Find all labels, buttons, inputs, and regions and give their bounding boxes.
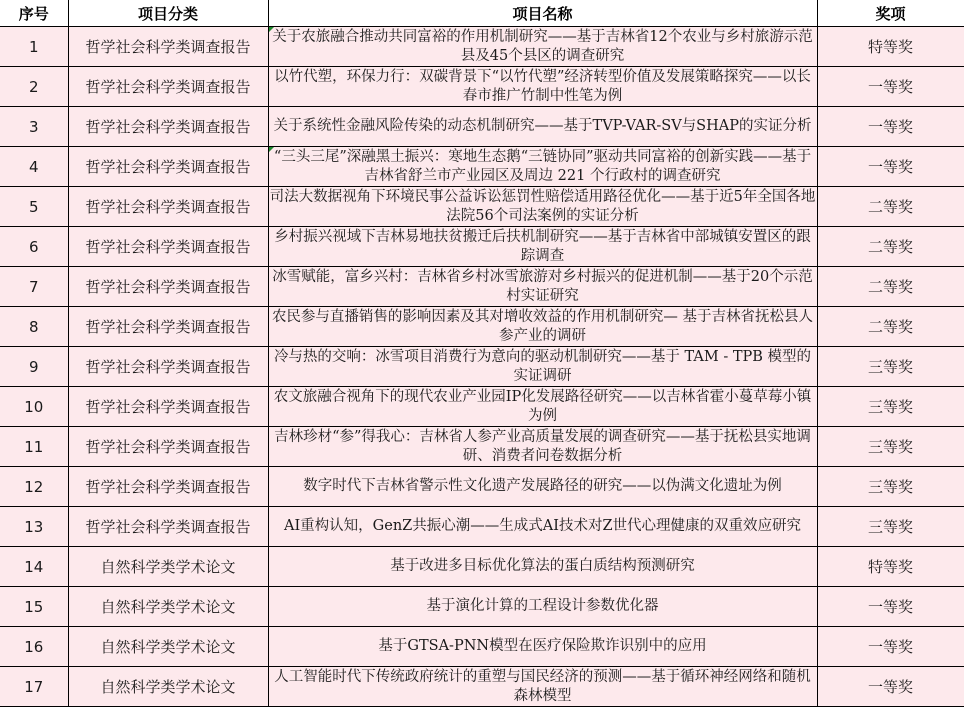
- cell-category-text: 哲学社会科学类调查报告: [85, 78, 250, 96]
- cell-index-text: 1: [29, 38, 39, 56]
- cell-award[interactable]: 特等奖: [817, 547, 964, 587]
- cell-index[interactable]: 8: [0, 307, 68, 347]
- cell-index[interactable]: 3: [0, 107, 68, 147]
- cell-award-text: 二等奖: [868, 198, 913, 216]
- cell-index[interactable]: 14: [0, 547, 68, 587]
- table-row: 1哲学社会科学类调查报告关于农旅融合推动共同富裕的作用机制研究——基于吉林省12…: [0, 27, 964, 67]
- cell-index-text: 6: [29, 238, 39, 256]
- cell-project-name[interactable]: 冷与热的交响：冰雪项目消费行为意向的驱动机制研究——基于 TAM - TPB 模…: [268, 347, 817, 387]
- cell-award-text: 一等奖: [868, 118, 913, 136]
- table-row: 15自然科学类学术论文基于演化计算的工程设计参数优化器一等奖: [0, 587, 964, 627]
- awards-table: 序号 项目分类 项目名称 奖项 1哲学社会科学类调查报告关于农旅融合推动共同富裕…: [0, 0, 964, 707]
- cell-category-text: 哲学社会科学类调查报告: [85, 118, 250, 136]
- cell-project-name-text: 基于改进多目标优化算法的蛋白质结构预测研究: [390, 558, 695, 574]
- table-row: 12哲学社会科学类调查报告数字时代下吉林省警示性文化遗产发展路径的研究——以伪满…: [0, 467, 964, 507]
- table-row: 2哲学社会科学类调查报告以竹代塑，环保力行：双碳背景下“以竹代塑”经济转型价值及…: [0, 67, 964, 107]
- cell-project-name-text: 基于演化计算的工程设计参数优化器: [427, 598, 659, 614]
- table-body: 1哲学社会科学类调查报告关于农旅融合推动共同富裕的作用机制研究——基于吉林省12…: [0, 27, 964, 707]
- table-row: 11哲学社会科学类调查报告吉林珍材“参”得我心：吉林省人参产业高质量发展的调查研…: [0, 427, 964, 467]
- cell-project-name[interactable]: 基于改进多目标优化算法的蛋白质结构预测研究: [268, 547, 817, 587]
- cell-index[interactable]: 2: [0, 67, 68, 107]
- cell-index-text: 14: [24, 558, 43, 576]
- cell-index-text: 16: [24, 638, 43, 656]
- cell-project-name[interactable]: 基于演化计算的工程设计参数优化器: [268, 587, 817, 627]
- table-row: 16自然科学类学术论文基于GTSA-PNN模型在医疗保险欺诈识别中的应用一等奖: [0, 627, 964, 667]
- cell-index[interactable]: 13: [0, 507, 68, 547]
- cell-award[interactable]: 三等奖: [817, 427, 964, 467]
- cell-project-name[interactable]: 基于GTSA-PNN模型在医疗保险欺诈识别中的应用: [268, 627, 817, 667]
- cell-award-text: 三等奖: [868, 438, 913, 456]
- comment-indicator-icon[interactable]: [269, 147, 274, 152]
- cell-category-text: 哲学社会科学类调查报告: [85, 38, 250, 56]
- table-row: 6哲学社会科学类调查报告乡村振兴视域下吉林易地扶贫搬迁后扶机制研究——基于吉林省…: [0, 227, 964, 267]
- cell-award-text: 一等奖: [868, 598, 913, 616]
- header-row: 序号 项目分类 项目名称 奖项: [0, 0, 964, 27]
- cell-award[interactable]: 二等奖: [817, 307, 964, 347]
- cell-project-name[interactable]: 关于农旅融合推动共同富裕的作用机制研究——基于吉林省12个农业与乡村旅游示范县及…: [268, 27, 817, 67]
- cell-project-name-text: 冷与热的交响：冰雪项目消费行为意向的驱动机制研究——基于 TAM - TPB 模…: [274, 349, 811, 384]
- header-award[interactable]: 奖项: [817, 0, 964, 27]
- cell-award[interactable]: 二等奖: [817, 227, 964, 267]
- cell-project-name-text: 司法大数据视角下环境民事公益诉讼惩罚性赔偿适用路径优化——基于近5年全国各地法院…: [270, 189, 816, 224]
- cell-category[interactable]: 哲学社会科学类调查报告: [68, 147, 268, 187]
- cell-project-name-text: 农文旅融合视角下的现代农业产业园IP化发展路径研究——以吉林省霍小蔓草莓小镇为例: [274, 389, 811, 424]
- table-row: 17自然科学类学术论文人工智能时代下传统政府统计的重塑与国民经济的预测——基于循…: [0, 667, 964, 707]
- cell-index-text: 5: [29, 198, 39, 216]
- cell-category-text: 自然科学类学术论文: [100, 638, 235, 656]
- cell-project-name[interactable]: 农民参与直播销售的影响因素及其对增收效益的作用机制研究— 基于吉林省抚松县人参产…: [268, 307, 817, 347]
- cell-award[interactable]: 三等奖: [817, 387, 964, 427]
- cell-category-text: 哲学社会科学类调查报告: [85, 518, 250, 536]
- cell-index-text: 13: [24, 518, 43, 536]
- cell-category-text: 哲学社会科学类调查报告: [85, 318, 250, 336]
- cell-project-name[interactable]: AI重构认知，GenZ共振心潮——生成式AI技术对Z世代心理健康的双重效应研究: [268, 507, 817, 547]
- cell-project-name[interactable]: 冰雪赋能，富乡兴村：吉林省乡村冰雪旅游对乡村振兴的促进机制——基于20个示范村实…: [268, 267, 817, 307]
- cell-index-text: 10: [24, 398, 43, 416]
- cell-project-name-text: 乡村振兴视域下吉林易地扶贫搬迁后扶机制研究——基于吉林省中部城镇安置区的跟踪调查: [274, 229, 811, 264]
- cell-index-text: 8: [29, 318, 39, 336]
- cell-award[interactable]: 一等奖: [817, 107, 964, 147]
- cell-category[interactable]: 自然科学类学术论文: [68, 667, 268, 707]
- cell-project-name-text: 基于GTSA-PNN模型在医疗保险欺诈识别中的应用: [378, 638, 706, 654]
- cell-project-name[interactable]: 数字时代下吉林省警示性文化遗产发展路径的研究——以伪满文化遗址为例: [268, 467, 817, 507]
- cell-category[interactable]: 自然科学类学术论文: [68, 587, 268, 627]
- cell-project-name[interactable]: 吉林珍材“参”得我心：吉林省人参产业高质量发展的调查研究——基于抚松县实地调研、…: [268, 427, 817, 467]
- cell-award-text: 特等奖: [868, 38, 913, 56]
- cell-project-name-text: 冰雪赋能，富乡兴村：吉林省乡村冰雪旅游对乡村振兴的促进机制——基于20个示范村实…: [272, 269, 812, 304]
- cell-category-text: 哲学社会科学类调查报告: [85, 358, 250, 376]
- cell-project-name[interactable]: 农文旅融合视角下的现代农业产业园IP化发展路径研究——以吉林省霍小蔓草莓小镇为例: [268, 387, 817, 427]
- cell-project-name-text: 以竹代塑，环保力行：双碳背景下“以竹代塑”经济转型价值及发展策略探究——以长春市…: [274, 69, 811, 104]
- cell-project-name-text: 农民参与直播销售的影响因素及其对增收效益的作用机制研究— 基于吉林省抚松县人参产…: [272, 309, 813, 344]
- cell-index-text: 2: [29, 78, 39, 96]
- cell-category[interactable]: 哲学社会科学类调查报告: [68, 427, 268, 467]
- cell-award[interactable]: 一等奖: [817, 667, 964, 707]
- comment-indicator-icon[interactable]: [269, 27, 274, 32]
- cell-award-text: 特等奖: [868, 558, 913, 576]
- cell-index-text: 12: [24, 478, 43, 496]
- cell-award-text: 一等奖: [868, 78, 913, 96]
- cell-category[interactable]: 哲学社会科学类调查报告: [68, 107, 268, 147]
- cell-index[interactable]: 10: [0, 387, 68, 427]
- cell-project-name-text: “三头三尾”深融黑土振兴：寒地生态鹅“三链协同”驱动共同富裕的创新实践——基于吉…: [274, 149, 811, 184]
- cell-award[interactable]: 特等奖: [817, 27, 964, 67]
- cell-index-text: 11: [24, 438, 43, 456]
- cell-category-text: 哲学社会科学类调查报告: [85, 158, 250, 176]
- cell-category[interactable]: 哲学社会科学类调查报告: [68, 27, 268, 67]
- cell-project-name[interactable]: “三头三尾”深融黑土振兴：寒地生态鹅“三链协同”驱动共同富裕的创新实践——基于吉…: [268, 147, 817, 187]
- cell-index[interactable]: 11: [0, 427, 68, 467]
- cell-project-name-text: 关于系统性金融风险传染的动态机制研究——基于TVP-VAR-SV与SHAP的实证…: [274, 118, 812, 134]
- cell-index-text: 3: [29, 118, 39, 136]
- cell-award[interactable]: 二等奖: [817, 187, 964, 227]
- cell-category-text: 哲学社会科学类调查报告: [85, 198, 250, 216]
- cell-index[interactable]: 1: [0, 27, 68, 67]
- cell-index-text: 4: [29, 158, 39, 176]
- header-index[interactable]: 序号: [0, 0, 68, 27]
- cell-award-text: 三等奖: [868, 518, 913, 536]
- cell-category[interactable]: 自然科学类学术论文: [68, 547, 268, 587]
- cell-category-text: 哲学社会科学类调查报告: [85, 478, 250, 496]
- cell-award-text: 二等奖: [868, 238, 913, 256]
- cell-award[interactable]: 二等奖: [817, 267, 964, 307]
- cell-award-text: 三等奖: [868, 478, 913, 496]
- cell-index[interactable]: 9: [0, 347, 68, 387]
- cell-category[interactable]: 哲学社会科学类调查报告: [68, 387, 268, 427]
- cell-award[interactable]: 一等奖: [817, 627, 964, 667]
- cell-category[interactable]: 哲学社会科学类调查报告: [68, 347, 268, 387]
- cell-project-name[interactable]: 以竹代塑，环保力行：双碳背景下“以竹代塑”经济转型价值及发展策略探究——以长春市…: [268, 67, 817, 107]
- table-row: 14自然科学类学术论文基于改进多目标优化算法的蛋白质结构预测研究特等奖: [0, 547, 964, 587]
- table-row: 10哲学社会科学类调查报告农文旅融合视角下的现代农业产业园IP化发展路径研究——…: [0, 387, 964, 427]
- cell-category[interactable]: 哲学社会科学类调查报告: [68, 227, 268, 267]
- cell-award-text: 二等奖: [868, 278, 913, 296]
- cell-category[interactable]: 哲学社会科学类调查报告: [68, 67, 268, 107]
- cell-category-text: 哲学社会科学类调查报告: [85, 278, 250, 296]
- cell-award[interactable]: 一等奖: [817, 147, 964, 187]
- cell-category[interactable]: 哲学社会科学类调查报告: [68, 187, 268, 227]
- cell-category-text: 自然科学类学术论文: [100, 598, 235, 616]
- cell-category[interactable]: 哲学社会科学类调查报告: [68, 267, 268, 307]
- cell-index-text: 15: [24, 598, 43, 616]
- cell-award-text: 一等奖: [868, 678, 913, 696]
- table-row: 9哲学社会科学类调查报告冷与热的交响：冰雪项目消费行为意向的驱动机制研究——基于…: [0, 347, 964, 387]
- cell-project-name[interactable]: 乡村振兴视域下吉林易地扶贫搬迁后扶机制研究——基于吉林省中部城镇安置区的跟踪调查: [268, 227, 817, 267]
- cell-category-text: 哲学社会科学类调查报告: [85, 238, 250, 256]
- cell-project-name-text: 数字时代下吉林省警示性文化遗产发展路径的研究——以伪满文化遗址为例: [303, 478, 782, 494]
- table-row: 5哲学社会科学类调查报告司法大数据视角下环境民事公益诉讼惩罚性赔偿适用路径优化—…: [0, 187, 964, 227]
- cell-index[interactable]: 6: [0, 227, 68, 267]
- cell-category[interactable]: 自然科学类学术论文: [68, 627, 268, 667]
- cell-award[interactable]: 三等奖: [817, 347, 964, 387]
- cell-category[interactable]: 哲学社会科学类调查报告: [68, 307, 268, 347]
- cell-award-text: 一等奖: [868, 638, 913, 656]
- cell-award-text: 三等奖: [868, 358, 913, 376]
- cell-index[interactable]: 15: [0, 587, 68, 627]
- cell-project-name-text: AI重构认知，GenZ共振心潮——生成式AI技术对Z世代心理健康的双重效应研究: [284, 518, 801, 534]
- cell-project-name[interactable]: 人工智能时代下传统政府统计的重塑与国民经济的预测——基于循环神经网络和随机森林模…: [268, 667, 817, 707]
- cell-category-text: 哲学社会科学类调查报告: [85, 438, 250, 456]
- cell-index-text: 9: [29, 358, 39, 376]
- cell-index-text: 7: [29, 278, 39, 296]
- cell-index[interactable]: 17: [0, 667, 68, 707]
- cell-award[interactable]: 一等奖: [817, 67, 964, 107]
- cell-index[interactable]: 7: [0, 267, 68, 307]
- cell-index[interactable]: 4: [0, 147, 68, 187]
- cell-award[interactable]: 三等奖: [817, 467, 964, 507]
- table-row: 4哲学社会科学类调查报告“三头三尾”深融黑土振兴：寒地生态鹅“三链协同”驱动共同…: [0, 147, 964, 187]
- cell-award[interactable]: 一等奖: [817, 587, 964, 627]
- cell-category-text: 哲学社会科学类调查报告: [85, 398, 250, 416]
- cell-project-name[interactable]: 司法大数据视角下环境民事公益诉讼惩罚性赔偿适用路径优化——基于近5年全国各地法院…: [268, 187, 817, 227]
- table-row: 13哲学社会科学类调查报告AI重构认知，GenZ共振心潮——生成式AI技术对Z世…: [0, 507, 964, 547]
- cell-category-text: 自然科学类学术论文: [100, 678, 235, 696]
- cell-index-text: 17: [24, 678, 43, 696]
- cell-project-name-text: 吉林珍材“参”得我心：吉林省人参产业高质量发展的调查研究——基于抚松县实地调研、…: [274, 429, 811, 464]
- cell-index[interactable]: 5: [0, 187, 68, 227]
- cell-award-text: 三等奖: [868, 398, 913, 416]
- cell-category[interactable]: 哲学社会科学类调查报告: [68, 467, 268, 507]
- cell-project-name-text: 关于农旅融合推动共同富裕的作用机制研究——基于吉林省12个农业与乡村旅游示范县及…: [272, 29, 812, 64]
- table-row: 3哲学社会科学类调查报告关于系统性金融风险传染的动态机制研究——基于TVP-VA…: [0, 107, 964, 147]
- cell-index[interactable]: 12: [0, 467, 68, 507]
- cell-category[interactable]: 哲学社会科学类调查报告: [68, 507, 268, 547]
- cell-award-text: 一等奖: [868, 158, 913, 176]
- cell-category-text: 自然科学类学术论文: [100, 558, 235, 576]
- cell-index[interactable]: 16: [0, 627, 68, 667]
- cell-award[interactable]: 三等奖: [817, 507, 964, 547]
- cell-award-text: 二等奖: [868, 318, 913, 336]
- cell-project-name-text: 人工智能时代下传统政府统计的重塑与国民经济的预测——基于循环神经网络和随机森林模…: [274, 669, 811, 704]
- table-row: 8哲学社会科学类调查报告农民参与直播销售的影响因素及其对增收效益的作用机制研究—…: [0, 307, 964, 347]
- table-row: 7哲学社会科学类调查报告冰雪赋能，富乡兴村：吉林省乡村冰雪旅游对乡村振兴的促进机…: [0, 267, 964, 307]
- header-name[interactable]: 项目名称: [268, 0, 817, 27]
- cell-project-name[interactable]: 关于系统性金融风险传染的动态机制研究——基于TVP-VAR-SV与SHAP的实证…: [268, 107, 817, 147]
- header-category[interactable]: 项目分类: [68, 0, 268, 27]
